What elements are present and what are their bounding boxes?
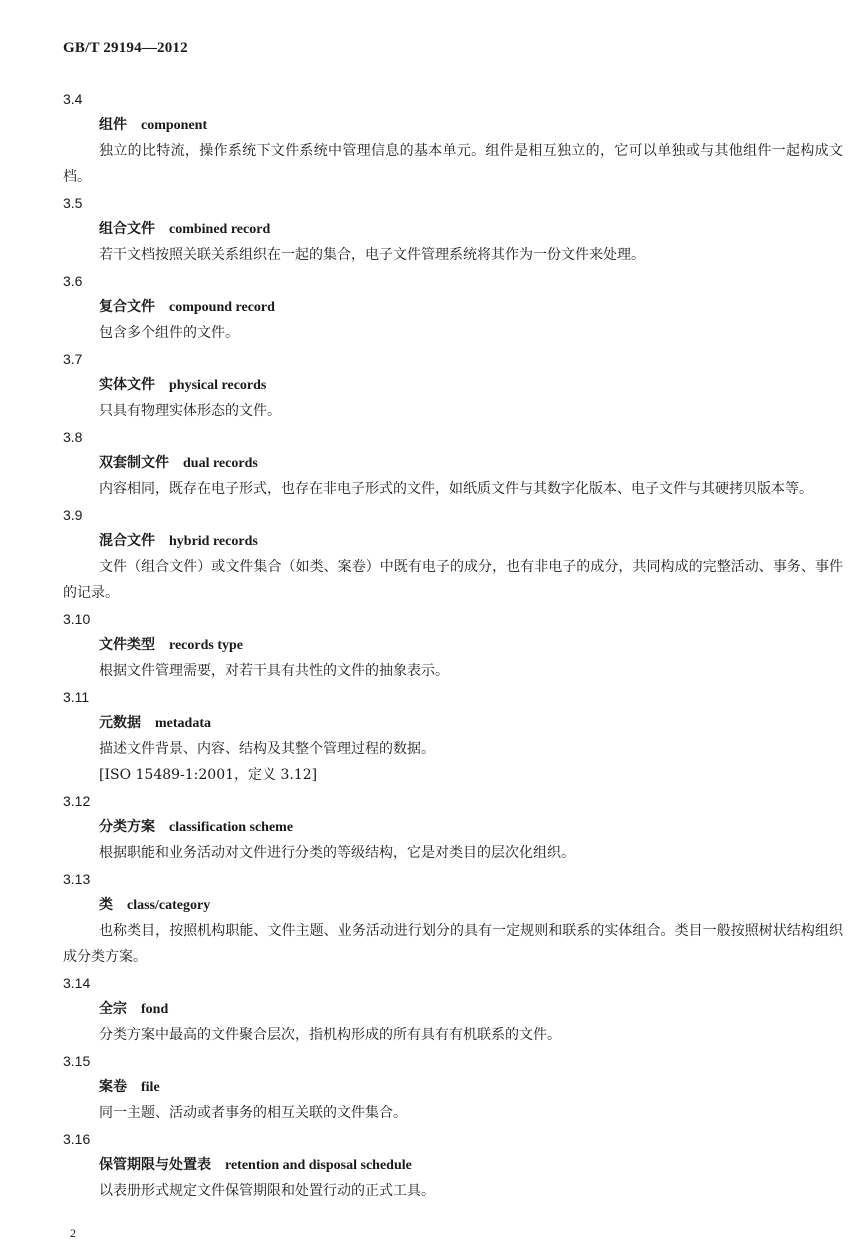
term-definition: 同一主题、活动或者事务的相互关联的文件集合。 [63, 1100, 843, 1126]
term-number: 3.16 [63, 1126, 843, 1152]
term-entry: 3.5组合文件combined record若干文档按照关联关系组织在一起的集合… [63, 190, 843, 268]
term-english: records type [169, 638, 243, 653]
term-heading: 元数据metadata [63, 710, 843, 736]
term-chinese: 全宗 [99, 1001, 127, 1017]
term-english: combined record [169, 222, 270, 237]
term-chinese: 元数据 [99, 715, 141, 731]
term-chinese: 组合文件 [99, 221, 155, 237]
term-heading: 复合文件compound record [63, 294, 843, 320]
term-definition: 描述文件背景、内容、结构及其整个管理过程的数据。 [63, 736, 843, 762]
term-definition: 独立的比特流，操作系统下文件系统中管理信息的基本单元。组件是相互独立的，它可以单… [63, 138, 843, 190]
term-heading: 文件类型records type [63, 632, 843, 658]
term-entry: 3.8双套制文件dual records内容相同，既存在电子形式，也存在非电子形… [63, 424, 843, 502]
term-heading: 分类方案classification scheme [63, 814, 843, 840]
term-english: component [141, 118, 207, 133]
term-number: 3.15 [63, 1048, 843, 1074]
term-entry: 3.6复合文件compound record包含多个组件的文件。 [63, 268, 843, 346]
term-heading: 案卷file [63, 1074, 843, 1100]
term-number: 3.13 [63, 866, 843, 892]
term-number: 3.11 [63, 684, 843, 710]
term-number: 3.12 [63, 788, 843, 814]
term-definition: 文件（组合文件）或文件集合（如类、案卷）中既有电子的成分，也有非电子的成分，共同… [63, 554, 843, 606]
term-heading: 保管期限与处置表retention and disposal schedule [63, 1152, 843, 1178]
term-english: fond [141, 1002, 168, 1017]
term-entry: 3.15案卷file同一主题、活动或者事务的相互关联的文件集合。 [63, 1048, 843, 1126]
term-entry: 3.9混合文件hybrid records文件（组合文件）或文件集合（如类、案卷… [63, 502, 843, 606]
term-entry: 3.10文件类型records type根据文件管理需要，对若干具有共性的文件的… [63, 606, 843, 684]
term-entry: 3.13类class/category也称类目，按照机构职能、文件主题、业务活动… [63, 866, 843, 970]
term-entry: 3.12分类方案classification scheme根据职能和业务活动对文… [63, 788, 843, 866]
term-source-reference: [ISO 15489-1:2001，定义 3.12] [63, 762, 843, 788]
term-definition: 根据职能和业务活动对文件进行分类的等级结构，它是对类目的层次化组织。 [63, 840, 843, 866]
term-chinese: 类 [99, 897, 113, 913]
term-chinese: 保管期限与处置表 [99, 1157, 211, 1173]
term-english: classification scheme [169, 820, 293, 835]
page-number: 2 [70, 1226, 76, 1241]
term-number: 3.14 [63, 970, 843, 996]
term-definition: 也称类目，按照机构职能、文件主题、业务活动进行划分的具有一定规则和联系的实体组合… [63, 918, 843, 970]
term-number: 3.8 [63, 424, 843, 450]
term-english: compound record [169, 300, 275, 315]
term-english: class/category [127, 898, 210, 913]
term-definition: 分类方案中最高的文件聚合层次，指机构形成的所有具有有机联系的文件。 [63, 1022, 843, 1048]
term-chinese: 文件类型 [99, 637, 155, 653]
term-english: hybrid records [169, 534, 258, 549]
term-entry: 3.7实体文件physical records只具有物理实体形态的文件。 [63, 346, 843, 424]
term-entry: 3.14全宗fond分类方案中最高的文件聚合层次，指机构形成的所有具有有机联系的… [63, 970, 843, 1048]
term-entry: 3.16保管期限与处置表retention and disposal sched… [63, 1126, 843, 1204]
term-chinese: 分类方案 [99, 819, 155, 835]
term-number: 3.5 [63, 190, 843, 216]
terms-list: 3.4组件component独立的比特流，操作系统下文件系统中管理信息的基本单元… [63, 86, 843, 1204]
term-chinese: 混合文件 [99, 533, 155, 549]
term-heading: 全宗fond [63, 996, 843, 1022]
term-heading: 组件component [63, 112, 843, 138]
term-definition: 若干文档按照关联关系组织在一起的集合，电子文件管理系统将其作为一份文件来处理。 [63, 242, 843, 268]
term-chinese: 组件 [99, 117, 127, 133]
term-definition: 根据文件管理需要，对若干具有共性的文件的抽象表示。 [63, 658, 843, 684]
term-heading: 类class/category [63, 892, 843, 918]
term-heading: 双套制文件dual records [63, 450, 843, 476]
term-chinese: 双套制文件 [99, 455, 169, 471]
term-english: retention and disposal schedule [225, 1158, 412, 1173]
term-entry: 3.4组件component独立的比特流，操作系统下文件系统中管理信息的基本单元… [63, 86, 843, 190]
term-definition: 只具有物理实体形态的文件。 [63, 398, 843, 424]
term-english: metadata [155, 716, 211, 731]
term-chinese: 案卷 [99, 1079, 127, 1095]
term-english: dual records [183, 456, 258, 471]
term-definition: 包含多个组件的文件。 [63, 320, 843, 346]
term-entry: 3.11元数据metadata描述文件背景、内容、结构及其整个管理过程的数据。[… [63, 684, 843, 788]
term-number: 3.7 [63, 346, 843, 372]
term-definition: 以表册形式规定文件保管期限和处置行动的正式工具。 [63, 1178, 843, 1204]
term-definition: 内容相同，既存在电子形式，也存在非电子形式的文件，如纸质文件与其数字化版本、电子… [63, 476, 843, 502]
term-english: file [141, 1080, 160, 1095]
term-number: 3.6 [63, 268, 843, 294]
standard-code-header: GB/T 29194—2012 [63, 40, 188, 57]
term-heading: 混合文件hybrid records [63, 528, 843, 554]
term-number: 3.9 [63, 502, 843, 528]
term-english: physical records [169, 378, 266, 393]
term-number: 3.10 [63, 606, 843, 632]
term-chinese: 实体文件 [99, 377, 155, 393]
term-number: 3.4 [63, 86, 843, 112]
term-heading: 组合文件combined record [63, 216, 843, 242]
term-heading: 实体文件physical records [63, 372, 843, 398]
term-chinese: 复合文件 [99, 299, 155, 315]
